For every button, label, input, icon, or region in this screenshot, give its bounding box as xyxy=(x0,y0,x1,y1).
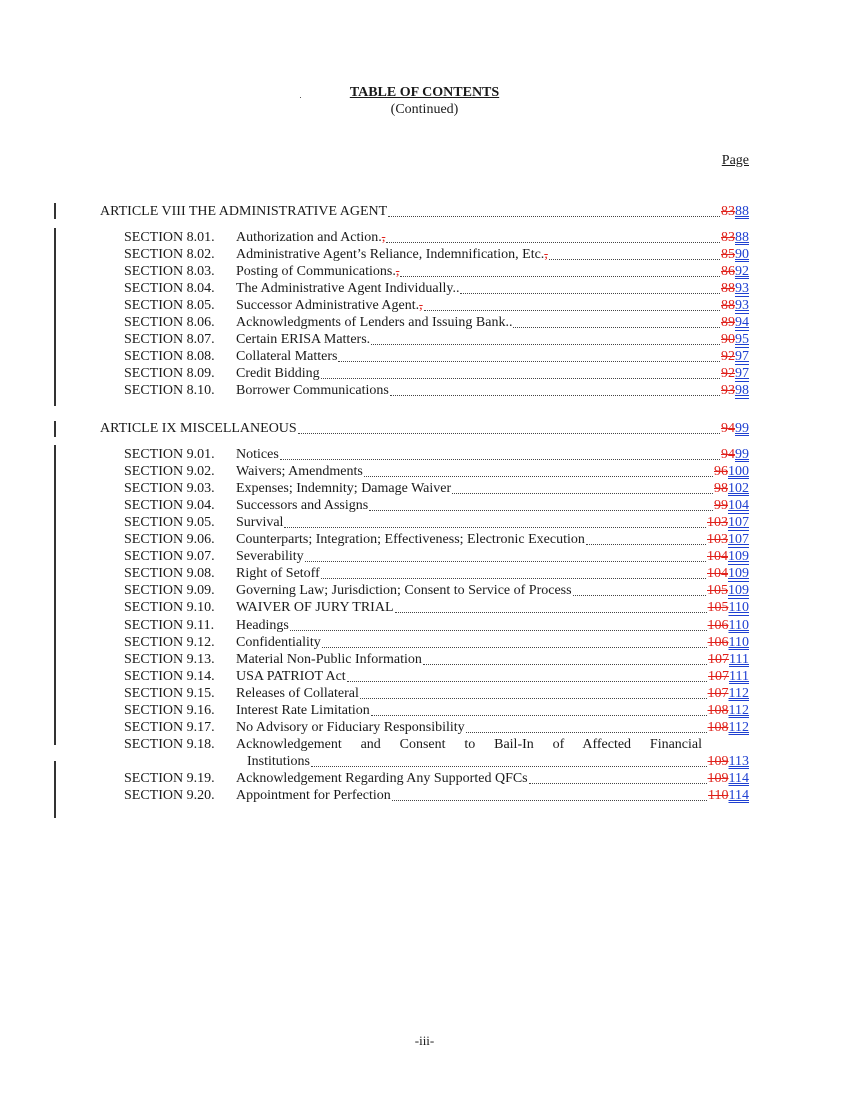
toc-section-entry[interactable]: SECTION 9.07.Severability104109 xyxy=(124,549,749,565)
dot-leader xyxy=(423,663,707,665)
inserted-page-number-link[interactable]: 92 xyxy=(735,264,749,279)
page-title: TABLE OF CONTENTS xyxy=(0,85,849,101)
section-title: Credit Bidding xyxy=(236,366,320,382)
toc-section-entry[interactable]: SECTION 8.10.Borrower Communications9398 xyxy=(124,383,749,399)
toc-section-entry[interactable]: SECTION 9.20.Appointment for Perfection1… xyxy=(124,788,749,804)
page-reference[interactable]: 9095 xyxy=(721,332,749,348)
deleted-page-number: 94 xyxy=(721,421,735,436)
deleted-page-number: 90 xyxy=(721,332,735,347)
dot-leader xyxy=(305,560,706,562)
section-title: USA PATRIOT Act xyxy=(236,669,346,685)
toc-article-entry[interactable]: ARTICLE VIII THE ADMINISTRATIVE AGENT838… xyxy=(100,204,749,220)
page-reference[interactable]: 104109 xyxy=(707,566,749,582)
deleted-page-number: 88 xyxy=(721,281,735,296)
deleted-page-number: 107 xyxy=(708,669,729,684)
toc-section-entry[interactable]: SECTION 8.05.Successor Administrative Ag… xyxy=(124,298,749,314)
deleted-page-number: 89 xyxy=(721,315,735,330)
toc-section-entry[interactable]: SECTION 9.11.Headings106110 xyxy=(124,618,749,634)
inserted-page-number-link[interactable]: 114 xyxy=(729,771,749,786)
page-reference[interactable]: 105109 xyxy=(707,583,749,599)
section-number: SECTION 8.09. xyxy=(124,366,236,382)
dot-leader xyxy=(280,458,720,460)
section-number: SECTION 9.14. xyxy=(124,669,236,685)
dot-leader xyxy=(424,309,720,311)
inserted-page-number-link[interactable]: 97 xyxy=(735,366,749,381)
page-reference[interactable]: 8893 xyxy=(721,281,749,297)
section-title: Successor Administrative Agent. xyxy=(236,298,419,314)
deleted-page-number: 109 xyxy=(708,771,729,786)
dot-leader xyxy=(549,258,720,260)
section-title: Acknowledgement and Consent to Bail-In o… xyxy=(236,737,702,753)
section-title: Administrative Agent’s Reliance, Indemni… xyxy=(236,247,544,263)
toc-section-entry[interactable]: SECTION 8.02.Administrative Agent’s Reli… xyxy=(124,247,749,263)
dot-leader xyxy=(284,526,706,528)
inserted-page-number-link[interactable]: 93 xyxy=(735,298,749,313)
dot-leader xyxy=(311,765,707,767)
dot-leader xyxy=(290,629,707,631)
inserted-page-number-link[interactable]: 104 xyxy=(728,498,749,513)
section-number: SECTION 9.12. xyxy=(124,635,236,651)
deleted-page-number: 103 xyxy=(707,532,728,547)
section-title: Interest Rate Limitation xyxy=(236,703,370,719)
section-number: SECTION 9.20. xyxy=(124,788,236,804)
deleted-page-number: 83 xyxy=(721,204,735,219)
dot-leader xyxy=(369,509,713,511)
inserted-page-number-link[interactable]: 109 xyxy=(728,583,749,598)
section-title: The Administrative Agent Individually.. xyxy=(236,281,459,297)
section-title: Governing Law; Jurisdiction; Consent to … xyxy=(236,583,572,599)
inserted-page-number-link[interactable]: 110 xyxy=(729,635,749,650)
change-bar xyxy=(54,445,56,745)
section-number: SECTION 9.07. xyxy=(124,549,236,565)
page-reference[interactable]: 8692 xyxy=(721,264,749,280)
deleted-punctuation: , xyxy=(382,230,386,246)
dot-leader xyxy=(400,275,720,277)
toc-section-entry[interactable]: SECTION 9.19.Acknowledgement Regarding A… xyxy=(124,771,749,787)
deleted-punctuation: , xyxy=(396,264,400,280)
section-title: Authorization and Action. xyxy=(236,230,382,246)
section-title: Confidentiality xyxy=(236,635,321,651)
section-number: SECTION 9.04. xyxy=(124,498,236,514)
inserted-page-number-link[interactable]: 110 xyxy=(729,600,749,615)
section-title: Notices xyxy=(236,447,279,463)
page-reference[interactable]: 9398 xyxy=(721,383,749,399)
section-title: Expenses; Indemnity; Damage Waiver xyxy=(236,481,451,497)
section-number: SECTION 9.01. xyxy=(124,447,236,463)
deleted-page-number: 99 xyxy=(714,498,728,513)
toc-section-entry[interactable]: SECTION 9.18.Acknowledgement and Consent… xyxy=(124,737,749,753)
page-reference[interactable]: 9499 xyxy=(721,447,749,463)
inserted-page-number-link[interactable]: 109 xyxy=(728,549,749,564)
dot-leader xyxy=(371,343,720,345)
inserted-page-number-link[interactable]: 107 xyxy=(728,515,749,530)
toc-section-entry[interactable]: SECTION 9.08.Right of Setoff104109 xyxy=(124,566,749,582)
page-reference[interactable]: 103107 xyxy=(707,532,749,548)
section-title: Material Non-Public Information xyxy=(236,652,422,668)
deleted-page-number: 98 xyxy=(714,481,728,496)
page-reference[interactable]: 105110 xyxy=(708,600,749,616)
deleted-page-number: 94 xyxy=(721,447,735,462)
section-number: SECTION 8.10. xyxy=(124,383,236,399)
section-number: SECTION 8.01. xyxy=(124,230,236,246)
inserted-page-number-link[interactable]: 95 xyxy=(735,332,749,347)
deleted-page-number: 92 xyxy=(721,349,735,364)
inserted-page-number-link[interactable]: 97 xyxy=(735,349,749,364)
page-reference[interactable]: 99104 xyxy=(714,498,749,514)
inserted-page-number-link[interactable]: 88 xyxy=(735,230,749,245)
page-reference[interactable]: 9297 xyxy=(721,366,749,382)
change-bar xyxy=(54,203,56,219)
dot-leader xyxy=(360,697,707,699)
dot-leader xyxy=(321,577,706,579)
toc-section-entry[interactable]: SECTION 9.12.Confidentiality106110 xyxy=(124,635,749,651)
page-reference[interactable]: 9297 xyxy=(721,349,749,365)
page-reference[interactable]: 96100 xyxy=(714,464,749,480)
page-subtitle: (Continued) xyxy=(0,102,849,118)
dot-leader xyxy=(390,394,720,396)
section-number: SECTION 9.09. xyxy=(124,583,236,599)
inserted-page-number-link[interactable]: 114 xyxy=(729,788,749,803)
toc-section-entry[interactable]: SECTION 9.15.Releases of Collateral10711… xyxy=(124,686,749,702)
toc-article-entry[interactable]: ARTICLE IX MISCELLANEOUS9499 xyxy=(100,421,749,437)
inserted-page-number-link[interactable]: 109 xyxy=(728,566,749,581)
toc-section-entry-continued[interactable]: Institutions109113 xyxy=(247,754,749,770)
article-heading: ARTICLE VIII THE ADMINISTRATIVE AGENT xyxy=(100,204,387,220)
deleted-page-number: 105 xyxy=(708,600,729,615)
article-heading: ARTICLE IX MISCELLANEOUS xyxy=(100,421,297,437)
section-title: Headings xyxy=(236,618,289,634)
toc-section-entry[interactable]: SECTION 8.04.The Administrative Agent In… xyxy=(124,281,749,297)
dot-leader xyxy=(364,475,713,477)
inserted-page-number-link[interactable]: 102 xyxy=(728,481,749,496)
page-reference[interactable]: 8388 xyxy=(721,204,749,220)
page-reference[interactable]: 8994 xyxy=(721,315,749,331)
toc-section-entry[interactable]: SECTION 8.06.Acknowledgments of Lenders … xyxy=(124,315,749,331)
change-bar xyxy=(54,421,56,437)
change-bar xyxy=(54,761,56,818)
dot-leader xyxy=(529,782,707,784)
section-number: SECTION 9.11. xyxy=(124,618,236,634)
inserted-page-number-link[interactable]: 100 xyxy=(728,464,749,479)
inserted-page-number-link[interactable]: 98 xyxy=(735,383,749,398)
toc-section-entry[interactable]: SECTION 9.16.Interest Rate Limitation108… xyxy=(124,703,749,719)
deleted-page-number: 83 xyxy=(721,230,735,245)
page-reference[interactable]: 107111 xyxy=(708,652,749,668)
dot-leader xyxy=(392,799,707,801)
dot-leader xyxy=(338,360,720,362)
section-title: Acknowledgement Regarding Any Supported … xyxy=(236,771,528,787)
inserted-page-number-link[interactable]: 111 xyxy=(729,652,749,667)
deleted-page-number: 104 xyxy=(707,566,728,581)
toc-section-entry[interactable]: SECTION 9.09.Governing Law; Jurisdiction… xyxy=(124,583,749,599)
toc-section-entry[interactable]: SECTION 9.03.Expenses; Indemnity; Damage… xyxy=(124,481,749,497)
section-number: SECTION 8.05. xyxy=(124,298,236,314)
deleted-page-number: 105 xyxy=(707,583,728,598)
deleted-page-number: 107 xyxy=(708,686,729,701)
section-number: SECTION 8.02. xyxy=(124,247,236,263)
section-number: SECTION 8.06. xyxy=(124,315,236,331)
dot-leader xyxy=(452,492,713,494)
dot-leader xyxy=(460,292,720,294)
inserted-page-number-link[interactable]: 94 xyxy=(735,315,749,330)
dot-leader xyxy=(386,241,720,243)
section-title-continued: Institutions xyxy=(247,754,310,770)
page-reference[interactable]: 8388 xyxy=(721,230,749,246)
section-number: SECTION 9.19. xyxy=(124,771,236,787)
dot-leader xyxy=(347,680,707,682)
toc-section-entry[interactable]: SECTION 8.03.Posting of Communications.,… xyxy=(124,264,749,280)
dot-leader xyxy=(388,215,720,217)
page-reference[interactable]: 109114 xyxy=(708,771,749,787)
deleted-page-number: 110 xyxy=(708,788,728,803)
section-title: Acknowledgments of Lenders and Issuing B… xyxy=(236,315,512,331)
section-title: Borrower Communications xyxy=(236,383,389,399)
dot-leader xyxy=(586,543,706,545)
page-reference[interactable]: 109113 xyxy=(708,754,749,770)
inserted-page-number-link[interactable]: 110 xyxy=(729,618,749,633)
dot-leader xyxy=(573,594,706,596)
change-bar xyxy=(54,228,56,406)
toc-section-entry[interactable]: SECTION 9.10.WAIVER OF JURY TRIAL105110 xyxy=(124,600,749,616)
section-number: SECTION 9.18. xyxy=(124,737,236,753)
inserted-page-number-link[interactable]: 111 xyxy=(729,669,749,684)
dot-leader xyxy=(371,714,707,716)
section-number: SECTION 8.07. xyxy=(124,332,236,348)
section-title: Survival xyxy=(236,515,283,531)
deleted-page-number: 108 xyxy=(708,703,729,718)
section-number: SECTION 9.16. xyxy=(124,703,236,719)
page-reference[interactable]: 98102 xyxy=(714,481,749,497)
deleted-page-number: 109 xyxy=(708,754,729,769)
inserted-page-number-link[interactable]: 90 xyxy=(735,247,749,262)
page-reference[interactable]: 107112 xyxy=(708,686,749,702)
section-title: Certain ERISA Matters. xyxy=(236,332,370,348)
page-column-label: Page xyxy=(722,153,749,169)
deleted-punctuation: , xyxy=(544,247,548,263)
section-number: SECTION 9.10. xyxy=(124,600,236,616)
deleted-page-number: 86 xyxy=(721,264,735,279)
page-number-footer: -iii- xyxy=(0,1033,849,1049)
section-title: WAIVER OF JURY TRIAL xyxy=(236,600,394,616)
page-reference[interactable]: 8590 xyxy=(721,247,749,263)
page-reference[interactable]: 107111 xyxy=(708,669,749,685)
dot-leader xyxy=(321,377,720,379)
toc-section-entry[interactable]: SECTION 8.01.Authorization and Action.,8… xyxy=(124,230,749,246)
dot-leader xyxy=(466,731,707,733)
deleted-page-number: 106 xyxy=(708,618,729,633)
section-title: Posting of Communications. xyxy=(236,264,396,280)
toc-section-entry[interactable]: SECTION 9.17.No Advisory or Fiduciary Re… xyxy=(124,720,749,736)
dot-leader xyxy=(395,611,707,613)
inserted-page-number-link[interactable]: 93 xyxy=(735,281,749,296)
section-title: Right of Setoff xyxy=(236,566,320,582)
deleted-page-number: 85 xyxy=(721,247,735,262)
inserted-page-number-link[interactable]: 99 xyxy=(735,421,749,436)
page-reference[interactable]: 110114 xyxy=(708,788,749,804)
toc-section-entry[interactable]: SECTION 9.01.Notices9499 xyxy=(124,447,749,463)
inserted-page-number-link[interactable]: 99 xyxy=(735,447,749,462)
section-number: SECTION 9.02. xyxy=(124,464,236,480)
section-number: SECTION 9.15. xyxy=(124,686,236,702)
inserted-page-number-link[interactable]: 112 xyxy=(729,703,749,718)
toc-section-entry[interactable]: SECTION 9.06.Counterparts; Integration; … xyxy=(124,532,749,548)
section-number: SECTION 9.06. xyxy=(124,532,236,548)
dot-leader xyxy=(298,432,720,434)
page-reference[interactable]: 106110 xyxy=(708,618,749,634)
deleted-punctuation: , xyxy=(419,298,423,314)
inserted-page-number-link[interactable]: 88 xyxy=(735,204,749,219)
inserted-page-number-link[interactable]: 113 xyxy=(729,754,749,769)
section-title: Waivers; Amendments xyxy=(236,464,363,480)
deleted-page-number: 96 xyxy=(714,464,728,479)
toc-section-entry[interactable]: SECTION 9.14.USA PATRIOT Act107111 xyxy=(124,669,749,685)
toc-section-entry[interactable]: SECTION 9.05.Survival103107 xyxy=(124,515,749,531)
page-reference[interactable]: 103107 xyxy=(707,515,749,531)
section-number: SECTION 8.04. xyxy=(124,281,236,297)
inserted-page-number-link[interactable]: 112 xyxy=(729,720,749,735)
inserted-page-number-link[interactable]: 107 xyxy=(728,532,749,547)
section-number: SECTION 8.08. xyxy=(124,349,236,365)
deleted-page-number: 107 xyxy=(708,652,729,667)
section-number: SECTION 9.08. xyxy=(124,566,236,582)
section-title: Counterparts; Integration; Effectiveness… xyxy=(236,532,585,548)
section-title: Severability xyxy=(236,549,304,565)
toc-section-entry[interactable]: SECTION 8.07.Certain ERISA Matters.9095 xyxy=(124,332,749,348)
section-title: Successors and Assigns xyxy=(236,498,368,514)
deleted-page-number: 93 xyxy=(721,383,735,398)
toc-section-entry[interactable]: SECTION 9.13.Material Non-Public Informa… xyxy=(124,652,749,668)
section-number: SECTION 9.13. xyxy=(124,652,236,668)
section-number: SECTION 8.03. xyxy=(124,264,236,280)
page-reference[interactable]: 106110 xyxy=(708,635,749,651)
dot-leader xyxy=(322,646,707,648)
page-reference[interactable]: 108112 xyxy=(708,720,749,736)
page-reference[interactable]: 8893 xyxy=(721,298,749,314)
deleted-page-number: 104 xyxy=(707,549,728,564)
section-number: SECTION 9.17. xyxy=(124,720,236,736)
section-title: No Advisory or Fiduciary Responsibility xyxy=(236,720,465,736)
section-number: SECTION 9.05. xyxy=(124,515,236,531)
dot-leader xyxy=(513,326,720,328)
section-title: Releases of Collateral xyxy=(236,686,359,702)
deleted-page-number: 106 xyxy=(708,635,729,650)
page-reference[interactable]: 9499 xyxy=(721,421,749,437)
toc-section-entry[interactable]: SECTION 8.08.Collateral Matters9297 xyxy=(124,349,749,365)
section-title: Appointment for Perfection xyxy=(236,788,391,804)
toc-section-entry[interactable]: SECTION 9.04.Successors and Assigns99104 xyxy=(124,498,749,514)
deleted-page-number: 103 xyxy=(707,515,728,530)
deleted-page-number: 92 xyxy=(721,366,735,381)
deleted-page-number: 88 xyxy=(721,298,735,313)
toc-section-entry[interactable]: SECTION 9.02.Waivers; Amendments96100 xyxy=(124,464,749,480)
page-reference[interactable]: 104109 xyxy=(707,549,749,565)
inserted-page-number-link[interactable]: 112 xyxy=(729,686,749,701)
section-number: SECTION 9.03. xyxy=(124,481,236,497)
toc-section-entry[interactable]: SECTION 8.09.Credit Bidding9297 xyxy=(124,366,749,382)
deleted-page-number: 108 xyxy=(708,720,729,735)
section-title: Collateral Matters xyxy=(236,349,337,365)
page-reference[interactable]: 108112 xyxy=(708,703,749,719)
